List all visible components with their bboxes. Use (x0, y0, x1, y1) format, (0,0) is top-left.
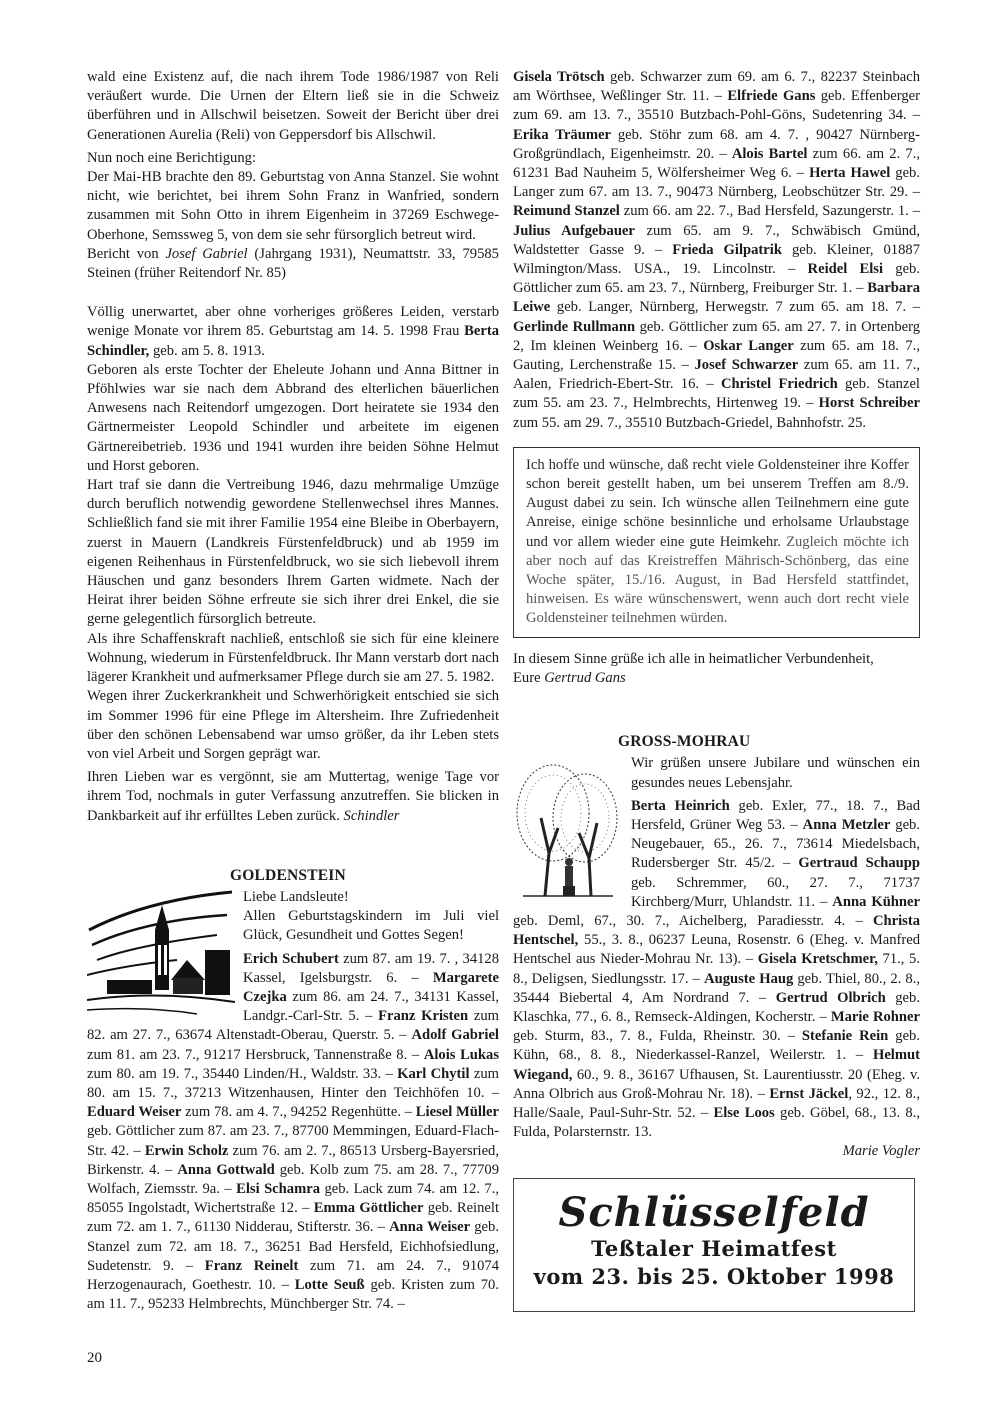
birthday-name: Emma Göttlicher (314, 1200, 424, 1216)
birthday-details: zum 55. am 29. 7., 35510 Butzbach-Griede… (513, 415, 866, 431)
birthday-details: zum 80. am 19. 7., 35440 Linden/H., Wald… (87, 1066, 397, 1082)
birthday-name: Marie Rohner (831, 1009, 920, 1025)
correction-heading: Nun noch eine Berichtigung: (87, 149, 499, 168)
section-title-goldenstein: GOLDENSTEIN (87, 866, 499, 885)
birthday-name: Else Loos (713, 1105, 774, 1121)
birthday-name: Gisela Trötsch (513, 69, 605, 85)
correction-text: Der Mai-HB brachte den 89. Geburtstag vo… (87, 168, 499, 245)
closing-author: Gertrud Gans (544, 670, 625, 686)
birthday-name: Oskar Langer (703, 338, 794, 354)
obituary-paragraph-4: Als ihre Schaffenskraft nachließ, entsch… (87, 630, 499, 688)
birthday-name: Elfriede Gans (727, 88, 815, 104)
page-number: 20 (87, 1350, 102, 1367)
goldenstein-birthday-list-continued: Gisela Trötsch geb. Schwarzer zum 69. am… (513, 68, 920, 433)
birthday-name: Ernst Jäckel (769, 1086, 848, 1102)
birthday-name: Josef Schwarzer (694, 357, 798, 373)
birthday-details: geb. Deml, 67., 30. 7., Aichelberg, Para… (513, 913, 873, 929)
birthday-name: Reimund Stanzel (513, 203, 620, 219)
closing-greeting: In diesem Sinne grüße ich alle in heimat… (513, 650, 920, 669)
birthday-name: Adolf Gabriel (411, 1027, 499, 1043)
section-gross-mohrau: GROSS-MOHRAU Wir grüßen unsere Jubilare … (513, 732, 920, 1161)
birthday-name: Horst Schreiber (819, 395, 920, 411)
birthday-name: Erwin Scholz (145, 1143, 229, 1159)
section-title-gross-mohrau: GROSS-MOHRAU (513, 732, 920, 751)
birthday-details: zum 78. am 4. 7., 94252 Regenhütte. – (181, 1104, 415, 1120)
reunion-notice-box: Ich hoffe und wünsche, daß recht viele G… (513, 447, 920, 638)
birthday-name: Gisela Kretschmer, (758, 951, 878, 967)
birthday-name: Herta Hawel (809, 165, 890, 181)
ad-event-dates: vom 23. bis 25. Oktober 1998 (514, 1263, 914, 1291)
obituary-text: geb. am 5. 8. 1913. (153, 343, 265, 359)
church-village-illustration (87, 890, 235, 1018)
birthday-name: Stefanie Rein (802, 1028, 888, 1044)
ad-event-name: Teßtaler Heimatfest (514, 1235, 914, 1263)
birthday-details: zum 81. am 23. 7., 91217 Hersbruck, Tann… (87, 1047, 424, 1063)
birthday-name: Eduard Weiser (87, 1104, 181, 1120)
birthday-name: Franz Reinelt (205, 1258, 299, 1274)
obituary-text: Ihren Lieben war es vergönnt, sie am Mut… (87, 769, 499, 823)
section-goldenstein: GOLDENSTEIN Liebe Landsleute! Allen Gebu… (87, 866, 499, 1315)
report-author: Josef Gabriel (165, 246, 247, 262)
obituary-signature: Schindler (344, 808, 400, 824)
birthday-name: Frieda Gilpatrik (672, 242, 782, 258)
report-credit: Bericht von Josef Gabriel (Jahrgang 1931… (87, 245, 499, 283)
closing-prefix: Eure (513, 670, 541, 686)
closing-signature: Eure Gertrud Gans (513, 669, 920, 688)
birthday-name: Alois Bartel (732, 146, 808, 162)
birthday-name: Berta Heinrich (631, 798, 730, 814)
birthday-name: Anna Gottwald (177, 1162, 274, 1178)
left-column: wald eine Existenz auf, die nach ihrem T… (87, 68, 499, 1314)
birthday-details: geb. Langer, Nürnberg, Herwegstr. 7 zum … (550, 299, 920, 315)
report-prefix: Bericht von (87, 246, 159, 262)
birthday-name: Karl Chytil (397, 1066, 469, 1082)
gross-mohrau-signature: Marie Vogler (513, 1142, 920, 1161)
birthday-name: Gertrud Olbrich (776, 990, 886, 1006)
birthday-details: geb. Sturm, 83., 7. 8., Fulda, Rheinstr.… (513, 1028, 802, 1044)
trees-with-statue-illustration (513, 758, 621, 898)
birthday-details: zum 66. am 22. 7., Bad Hersfeld, Sazunge… (620, 203, 920, 219)
obituary-paragraph-2: Geboren als erste Tochter der Eheleute J… (87, 361, 499, 476)
intro-paragraph: wald eine Existenz auf, die nach ihrem T… (87, 68, 499, 145)
obituary-paragraph-6: Ihren Lieben war es vergönnt, sie am Mut… (87, 768, 499, 826)
birthday-name: Anna Metzler (803, 817, 891, 833)
birthday-name: Christel Friedrich (721, 376, 838, 392)
birthday-name: Gertraud Schaupp (798, 855, 920, 871)
birthday-name: Julius Aufgebauer (513, 223, 635, 239)
birthday-name: Gerlinde Rullmann (513, 319, 635, 335)
heimatfest-advertisement: Schlüsselfeld Teßtaler Heimatfest vom 23… (513, 1178, 915, 1312)
ad-title: Schlüsselfeld (514, 1191, 914, 1235)
birthday-name: Anna Kühner (832, 894, 920, 910)
birthday-name: Reidel Elsi (808, 261, 883, 277)
birthday-name: Lotte Seuß (295, 1277, 365, 1293)
birthday-name: Erich Schubert (243, 951, 339, 967)
birthday-name: Liesel Müller (416, 1104, 499, 1120)
birthday-name: Alois Lukas (424, 1047, 499, 1063)
birthday-name: Anna Weiser (389, 1219, 470, 1235)
obituary-text: Völlig unerwartet, aber ohne vorheriges … (87, 304, 499, 339)
right-column: Gisela Trötsch geb. Schwarzer zum 69. am… (513, 68, 920, 1162)
obituary-berta-schindler: Völlig unerwartet, aber ohne vorheriges … (87, 303, 499, 825)
obituary-paragraph-3: Hart traf sie dann die Vertreibung 1946,… (87, 476, 499, 630)
birthday-name: Franz Kristen (378, 1008, 468, 1024)
birthday-name: Erika Träumer (513, 127, 611, 143)
birthday-name: Elsi Schamra (236, 1181, 320, 1197)
obituary-paragraph-5: Wegen ihrer Zuckerkrankheit und Schwerhö… (87, 687, 499, 764)
obituary-paragraph-1: Völlig unerwartet, aber ohne vorheriges … (87, 303, 499, 361)
birthday-name: Auguste Haug (704, 971, 793, 987)
